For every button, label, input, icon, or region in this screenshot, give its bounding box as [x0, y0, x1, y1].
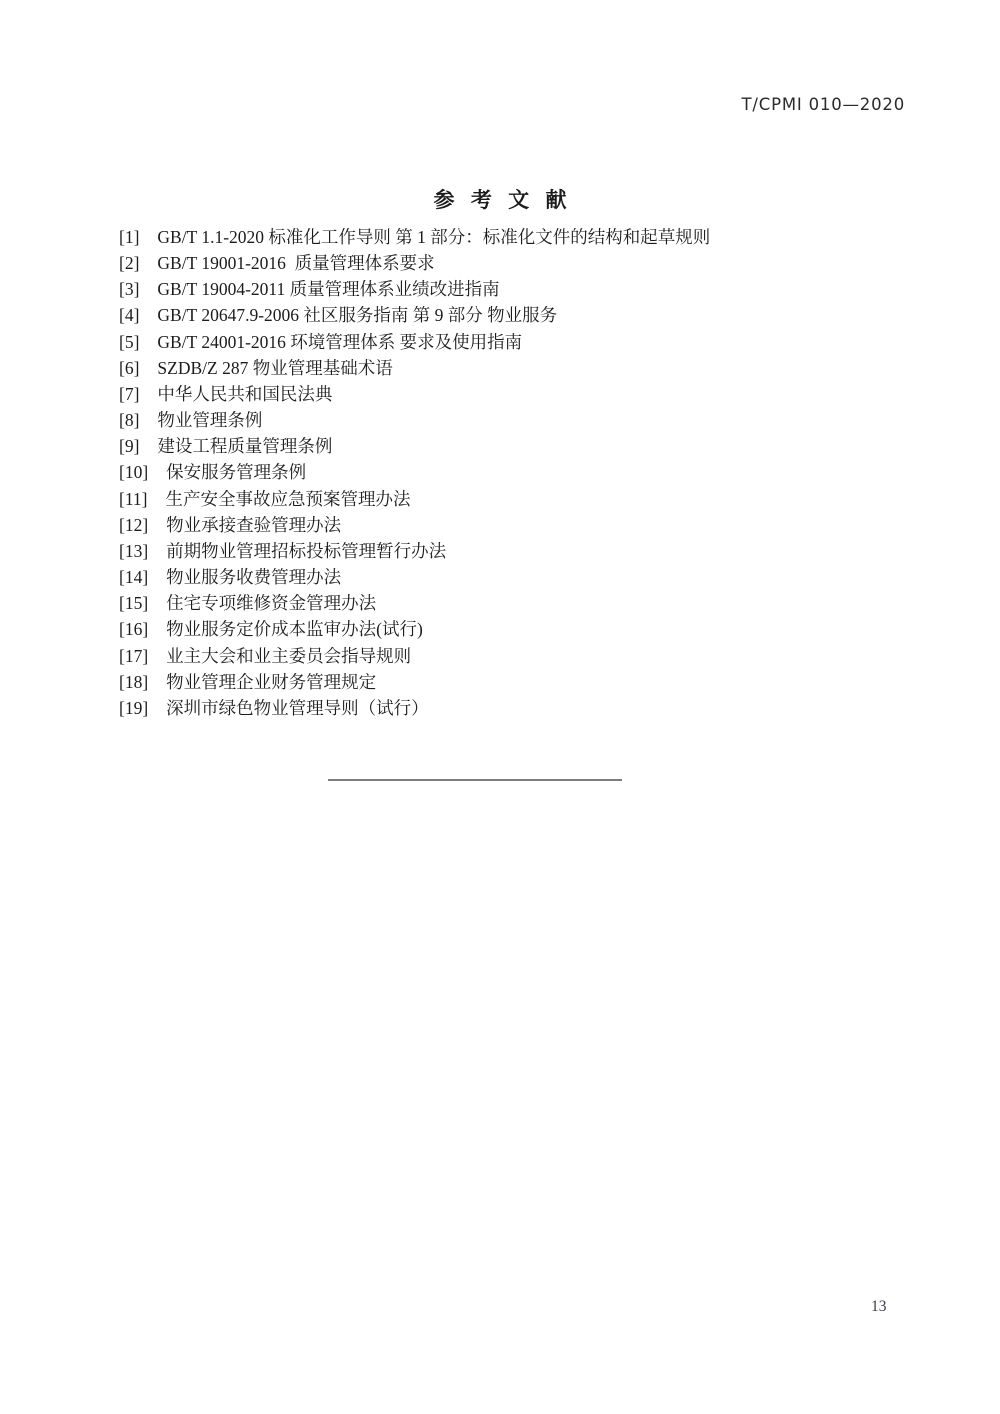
reference-item: [1] GB/T 1.1-2020 标准化工作导则 第 1 部分：标准化文件的结…	[119, 224, 920, 250]
reference-number: [15]	[119, 590, 148, 616]
reference-number: [13]	[119, 538, 148, 564]
reference-item: [10] 保安服务管理条例	[119, 459, 920, 485]
reference-number: [7]	[119, 381, 139, 407]
reference-number: [12]	[119, 512, 148, 538]
reference-item: [6] SZDB/Z 287 物业管理基础术语	[119, 355, 920, 381]
reference-text: GB/T 20647.9-2006 社区服务指南 第 9 部分 物业服务	[157, 302, 920, 328]
reference-text: GB/T 19004-2011 质量管理体系业绩改进指南	[157, 276, 920, 302]
page-number: 13	[871, 1298, 887, 1316]
reference-item: [19] 深圳市绿色物业管理导则（试行）	[119, 695, 920, 721]
reference-number: [1]	[119, 224, 139, 250]
reference-list: [1] GB/T 1.1-2020 标准化工作导则 第 1 部分：标准化文件的结…	[119, 224, 920, 721]
reference-text: 物业服务定价成本监审办法(试行)	[166, 616, 920, 642]
end-of-document-rule	[328, 779, 622, 781]
reference-text: 保安服务管理条例	[166, 459, 920, 485]
reference-item: [15] 住宅专项维修资金管理办法	[119, 590, 920, 616]
reference-number: [6]	[119, 355, 139, 381]
reference-item: [11] 生产安全事故应急预案管理办法	[119, 486, 920, 512]
reference-text: 中华人民共和国民法典	[157, 381, 920, 407]
reference-item: [14] 物业服务收费管理办法	[119, 564, 920, 590]
reference-text: 物业服务收费管理办法	[166, 564, 920, 590]
reference-text: GB/T 19001-2016 质量管理体系要求	[157, 250, 920, 276]
reference-text: 生产安全事故应急预案管理办法	[166, 486, 920, 512]
reference-item: [17] 业主大会和业主委员会指导规则	[119, 643, 920, 669]
reference-text: 前期物业管理招标投标管理暂行办法	[166, 538, 920, 564]
reference-item: [16] 物业服务定价成本监审办法(试行)	[119, 616, 920, 642]
reference-number: [19]	[119, 695, 148, 721]
reference-text: 业主大会和业主委员会指导规则	[166, 643, 920, 669]
reference-item: [5] GB/T 24001-2016 环境管理体系 要求及使用指南	[119, 329, 920, 355]
reference-item: [4] GB/T 20647.9-2006 社区服务指南 第 9 部分 物业服务	[119, 302, 920, 328]
reference-text: GB/T 24001-2016 环境管理体系 要求及使用指南	[157, 329, 920, 355]
reference-item: [12] 物业承接查验管理办法	[119, 512, 920, 538]
reference-text: 物业承接查验管理办法	[166, 512, 920, 538]
reference-text: SZDB/Z 287 物业管理基础术语	[157, 355, 920, 381]
reference-number: [3]	[119, 276, 139, 302]
reference-text: 物业管理企业财务管理规定	[166, 669, 920, 695]
reference-item: [3] GB/T 19004-2011 质量管理体系业绩改进指南	[119, 276, 920, 302]
reference-number: [17]	[119, 643, 148, 669]
reference-number: [16]	[119, 616, 148, 642]
reference-number: [5]	[119, 329, 139, 355]
reference-number: [10]	[119, 459, 148, 485]
reference-item: [18] 物业管理企业财务管理规定	[119, 669, 920, 695]
standard-code: T/CPMI 010—2020	[742, 95, 905, 114]
reference-text: 物业管理条例	[157, 407, 920, 433]
reference-number: [2]	[119, 250, 139, 276]
reference-text: 住宅专项维修资金管理办法	[166, 590, 920, 616]
reference-item: [8] 物业管理条例	[119, 407, 920, 433]
page-title: 参 考 文 献	[0, 184, 1000, 214]
reference-item: [9] 建设工程质量管理条例	[119, 433, 920, 459]
reference-text: GB/T 1.1-2020 标准化工作导则 第 1 部分：标准化文件的结构和起草…	[157, 224, 920, 250]
reference-item: [2] GB/T 19001-2016 质量管理体系要求	[119, 250, 920, 276]
reference-number: [8]	[119, 407, 139, 433]
reference-item: [13] 前期物业管理招标投标管理暂行办法	[119, 538, 920, 564]
reference-text: 深圳市绿色物业管理导则（试行）	[166, 695, 920, 721]
reference-number: [14]	[119, 564, 148, 590]
reference-number: [9]	[119, 433, 139, 459]
reference-text: 建设工程质量管理条例	[157, 433, 920, 459]
document-page: T/CPMI 010—2020 参 考 文 献 [1] GB/T 1.1-202…	[0, 0, 1000, 1414]
reference-number: [4]	[119, 302, 139, 328]
reference-number: [11]	[119, 486, 148, 512]
reference-item: [7] 中华人民共和国民法典	[119, 381, 920, 407]
reference-number: [18]	[119, 669, 148, 695]
